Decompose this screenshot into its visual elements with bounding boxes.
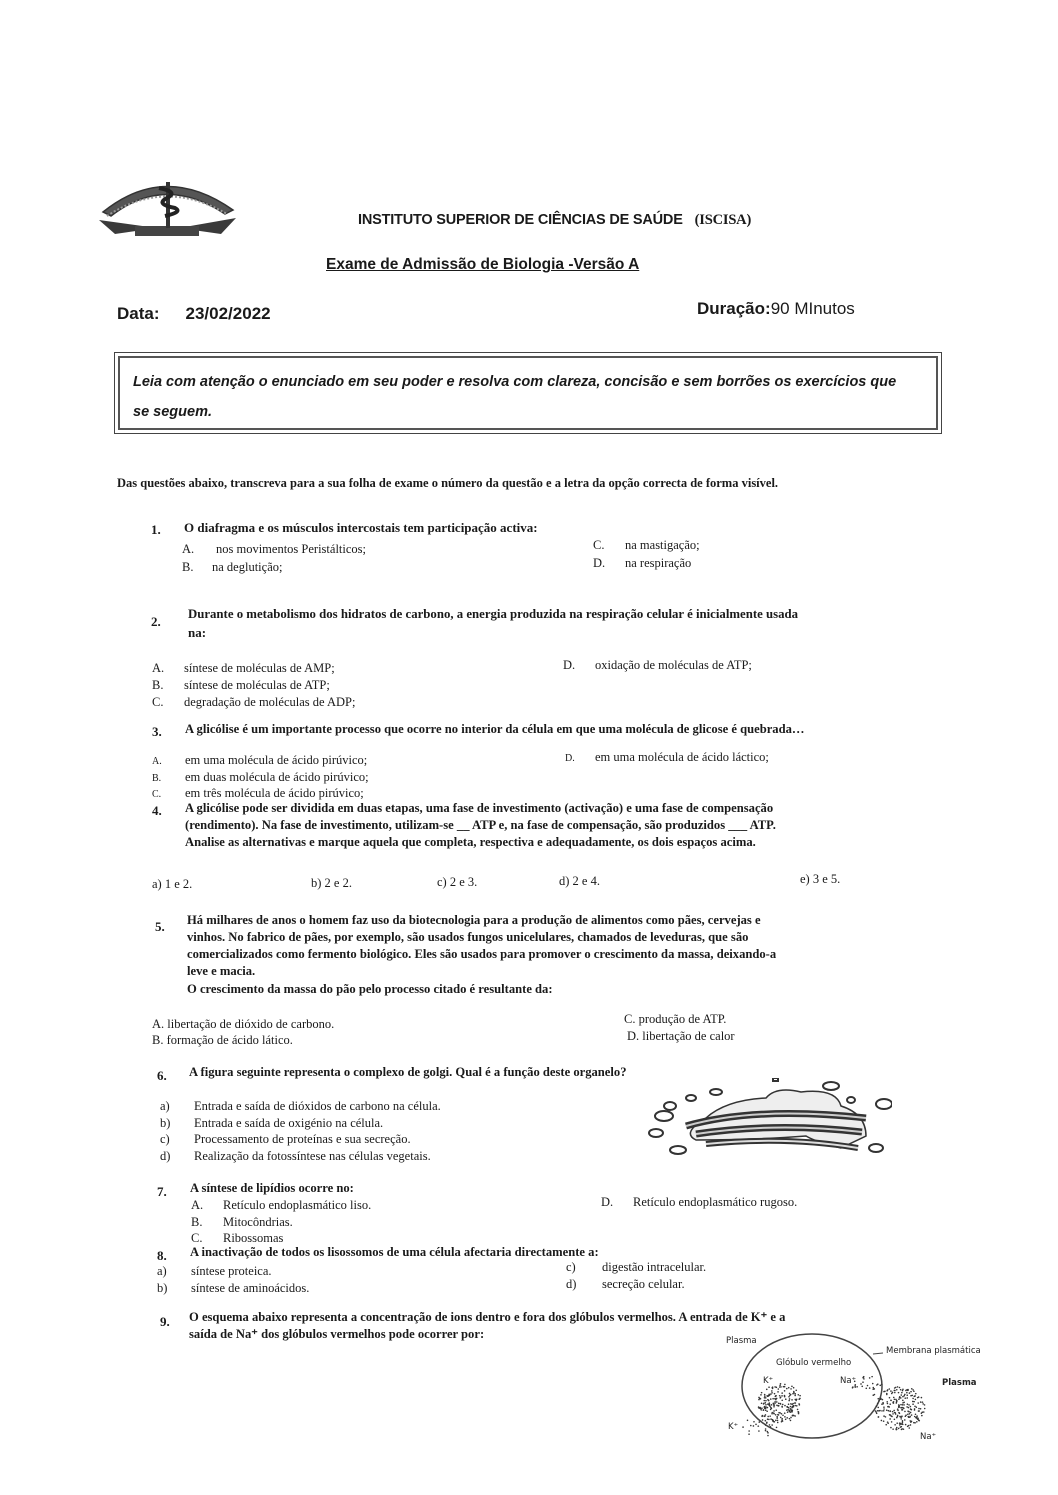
option-letter: D.	[593, 555, 625, 572]
option-letter: b)	[311, 876, 321, 890]
option-letter: A.	[182, 541, 216, 558]
option-letter: a)	[160, 1098, 194, 1115]
option-letter: A.	[152, 660, 184, 677]
option-text: Mitocôndrias.	[223, 1215, 293, 1229]
option-letter: C.	[152, 787, 185, 804]
exam-title: Exame de Admissão de Biologia -Versão A	[326, 256, 639, 274]
option-c[interactable]: c)Processamento de proteínas e sua secre…	[160, 1131, 411, 1148]
institute-name: INSTITUTO SUPERIOR DE CIÊNCIAS DE SAÚDE(…	[358, 212, 751, 229]
option-text: Ribossomas	[223, 1231, 283, 1245]
option-b[interactable]: b)síntese de aminoácidos.	[157, 1280, 309, 1297]
option-text: secreção celular.	[602, 1277, 685, 1291]
option-text: em três molécula de ácido pirúvico;	[185, 786, 364, 800]
label-plasma-right: Plasma	[942, 1378, 977, 1388]
option-text: 1 e 2.	[165, 877, 192, 891]
option-letter: c)	[566, 1259, 602, 1276]
option-text: Retículo endoplasmático liso.	[223, 1198, 371, 1212]
option-text: na deglutição;	[212, 560, 282, 574]
option-b[interactable]: b) 2 e 2.	[311, 875, 352, 892]
option-text: síntese proteica.	[191, 1264, 272, 1278]
institute-acronym: (ISCISA)	[695, 212, 751, 228]
label-na-inside: Na⁺	[840, 1376, 856, 1386]
option-text: em duas molécula de ácido pirúvico;	[185, 770, 369, 784]
option-letter: D.	[563, 657, 595, 674]
option-text: 2 e 4.	[573, 874, 600, 888]
option-text: libertação de calor	[642, 1029, 734, 1043]
option-c[interactable]: C.degradação de moléculas de ADP;	[152, 694, 355, 711]
option-letter: D.	[627, 1029, 639, 1043]
instruction-box: Leia com atenção o enunciado em seu pode…	[114, 352, 942, 434]
option-text: na mastigação;	[625, 538, 700, 552]
option-text: em uma molécula de ácido pirúvico;	[185, 753, 367, 767]
question-number: 4.	[152, 803, 162, 820]
exam-date: Data:23/02/2022	[117, 304, 271, 324]
option-b[interactable]: b)Entrada e saída de oxigénio na célula.	[160, 1115, 383, 1132]
option-c[interactable]: C.na mastigação;	[593, 537, 700, 554]
option-letter: C.	[593, 537, 625, 554]
question-stem-line-1: O esquema abaixo representa a concentraç…	[189, 1309, 785, 1326]
option-letter: e)	[800, 872, 810, 886]
option-e[interactable]: e) 3 e 5.	[800, 871, 840, 888]
option-text: em uma molécula de ácido láctico;	[595, 750, 769, 764]
institute-title: INSTITUTO SUPERIOR DE CIÊNCIAS DE SAÚDE	[358, 212, 683, 228]
option-b[interactable]: B.na deglutição;	[182, 559, 282, 576]
option-letter: b)	[157, 1280, 191, 1297]
option-text: 2 e 3.	[450, 875, 477, 889]
option-letter: B.	[152, 1033, 163, 1047]
option-a[interactable]: A. libertação de dióxido de carbono.	[152, 1016, 334, 1033]
option-b[interactable]: B.síntese de moléculas de ATP;	[152, 677, 330, 694]
question-number: 1.	[151, 522, 161, 539]
question-stem: A síntese de lipídios ocorre no:	[190, 1180, 354, 1197]
option-text: Processamento de proteínas e sua secreçã…	[194, 1132, 411, 1146]
instruction-text: Leia com atenção o enunciado em seu pode…	[133, 367, 913, 427]
option-a[interactable]: a)síntese proteica.	[157, 1263, 272, 1280]
option-text: degradação de moléculas de ADP;	[184, 695, 355, 709]
option-letter: D.	[601, 1194, 633, 1211]
question-stem-line-2: vinhos. No fabrico de pães, por exemplo,…	[187, 929, 748, 946]
option-a[interactable]: A.em uma molécula de ácido pirúvico;	[152, 752, 367, 771]
option-text: 3 e 5.	[813, 872, 840, 886]
label-k-outside: K⁺	[728, 1422, 738, 1432]
question-stem-line-1: Durante o metabolismo dos hidratos de ca…	[188, 606, 798, 623]
option-d[interactable]: d)Realização da fotossíntese nas células…	[160, 1148, 431, 1165]
duration-value: 90 MInutos	[771, 299, 855, 318]
option-d[interactable]: D. libertação de calor	[627, 1028, 735, 1045]
option-a[interactable]: A.síntese de moléculas de AMP;	[152, 660, 335, 677]
option-c[interactable]: C. produção de ATP.	[624, 1011, 726, 1028]
date-value: 23/02/2022	[186, 304, 271, 323]
question-stem: A inactivação de todos os lisossomos de …	[190, 1244, 599, 1261]
option-text: Entrada e saída de oxigénio na célula.	[194, 1116, 383, 1130]
option-d[interactable]: D.oxidação de moléculas de ATP;	[563, 657, 752, 674]
question-stem-line-1: A glicólise pode ser dividida em duas et…	[185, 800, 773, 817]
option-letter: d)	[566, 1276, 602, 1293]
option-letter: A.	[152, 1017, 164, 1031]
option-letter: d)	[160, 1148, 194, 1165]
option-text: síntese de aminoácidos.	[191, 1281, 309, 1295]
question-stem: O diafragma e os músculos intercostais t…	[184, 520, 538, 537]
option-text: na respiração	[625, 556, 691, 570]
question-stem-line-5: O crescimento da massa do pão pelo proce…	[187, 981, 553, 998]
option-letter: a)	[157, 1263, 191, 1280]
label-red-blood-cell: Glóbulo vermelho	[776, 1358, 851, 1368]
option-letter: d)	[559, 874, 569, 888]
question-number: 7.	[157, 1184, 167, 1201]
option-letter: c)	[160, 1131, 194, 1148]
label-na-outside: Na⁺	[920, 1432, 936, 1442]
option-text: formação de ácido lático.	[167, 1033, 293, 1047]
option-text: oxidação de moléculas de ATP;	[595, 658, 752, 672]
option-letter: B.	[152, 677, 184, 694]
exam-duration: Duração:90 MInutos	[697, 299, 855, 319]
option-text: síntese de moléculas de ATP;	[184, 678, 330, 692]
option-c[interactable]: c)digestão intracelular.	[566, 1259, 706, 1276]
option-text: síntese de moléculas de AMP;	[184, 661, 335, 675]
question-stem-line-2: saída de Na⁺ dos glóbulos vermelhos pode…	[189, 1326, 484, 1343]
option-b[interactable]: B.Mitocôndrias.	[191, 1214, 293, 1231]
option-letter: b)	[160, 1115, 194, 1132]
option-letter: a)	[152, 877, 162, 891]
label-k-inside: K⁺	[763, 1376, 773, 1386]
date-label: Data:	[117, 304, 160, 323]
option-text: digestão intracelular.	[602, 1260, 706, 1274]
question-stem-line-4: leve e macia.	[187, 963, 255, 980]
question-stem-line-2: na:	[188, 625, 206, 642]
question-stem: A glicólise é um importante processo que…	[185, 721, 805, 738]
label-membrane: Membrana plasmática	[886, 1346, 981, 1356]
institution-logo	[95, 170, 240, 240]
question-number: 3.	[152, 724, 162, 741]
option-letter: C.	[152, 694, 184, 711]
red-blood-cell-ion-diagram: Plasma Membrana plasmática Glóbulo verme…	[700, 1328, 1010, 1448]
option-text: Entrada e saída de dióxidos de carbono n…	[194, 1099, 441, 1113]
question-stem: A figura seguinte representa o complexo …	[189, 1064, 627, 1081]
option-letter: B.	[182, 559, 212, 576]
general-instruction: Das questões abaixo, transcreva para a s…	[117, 476, 778, 491]
option-a[interactable]: a)Entrada e saída de dióxidos de carbono…	[160, 1098, 441, 1115]
option-text: nos movimentos Peristálticos;	[216, 542, 366, 556]
option-text: produção de ATP.	[639, 1012, 727, 1026]
option-letter: C.	[624, 1012, 635, 1026]
option-d[interactable]: D.em uma molécula de ácido láctico;	[565, 749, 769, 768]
question-number: 6.	[157, 1068, 167, 1085]
question-stem-line-3: comercializados como fermento biológico.…	[187, 946, 776, 963]
option-a[interactable]: A.Retículo endoplasmático liso.	[191, 1197, 371, 1214]
option-text: Retículo endoplasmático rugoso.	[633, 1195, 797, 1209]
option-c[interactable]: c) 2 e 3.	[437, 874, 477, 891]
question-stem-line-2: (rendimento). Na fase de investimento, u…	[185, 817, 776, 834]
duration-label: Duração:	[697, 299, 771, 318]
option-text: libertação de dióxido de carbono.	[167, 1017, 334, 1031]
option-b[interactable]: B. formação de ácido lático.	[152, 1032, 293, 1049]
option-text: Realização da fotossíntese nas células v…	[194, 1149, 431, 1163]
golgi-complex-figure	[636, 1078, 892, 1160]
option-d[interactable]: D.Retículo endoplasmático rugoso.	[601, 1194, 797, 1211]
option-d[interactable]: D.na respiração	[593, 555, 691, 572]
question-stem-line-1: Há milhares de anos o homem faz uso da b…	[187, 912, 761, 929]
question-stem-line-3: Analise as alternativas e marque aquela …	[185, 834, 756, 851]
question-number: 5.	[155, 919, 165, 936]
option-letter: A.	[191, 1197, 223, 1214]
option-text: 2 e 2.	[325, 876, 352, 890]
question-number: 9.	[160, 1314, 170, 1331]
question-number: 2.	[151, 614, 161, 631]
option-letter: c)	[437, 875, 447, 889]
option-letter: B.	[191, 1214, 223, 1231]
option-a[interactable]: A.nos movimentos Peristálticos;	[182, 541, 366, 558]
option-letter: D.	[565, 751, 595, 768]
option-d[interactable]: d) 2 e 4.	[559, 873, 600, 890]
option-d[interactable]: d)secreção celular.	[566, 1276, 685, 1293]
label-plasma-top: Plasma	[726, 1336, 757, 1346]
option-a[interactable]: a) 1 e 2.	[152, 876, 192, 893]
